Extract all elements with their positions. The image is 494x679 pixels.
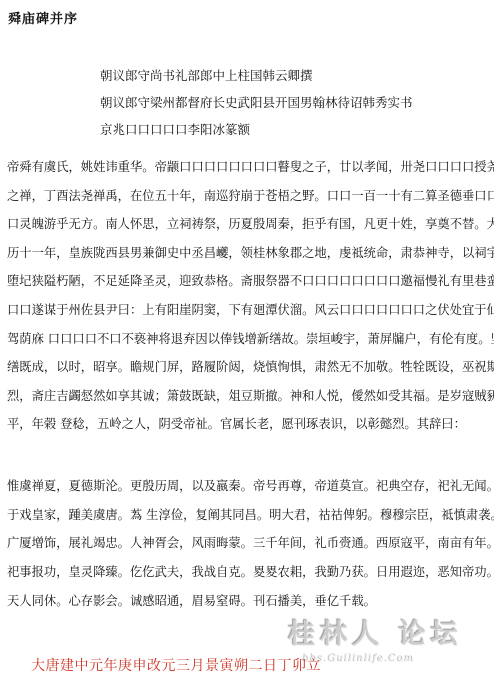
paragraph-line: 缮既成，以时，昭享。瞻规门屏，路履阶闼，烧慎恂惧，肃然无不加敬。牲牷既设，巫祝斯	[7, 353, 489, 382]
paragraph-line: 历十一年，皇族陇西县男兼御史中丞昌巙，领桂林象郡之地，虔祗统命，肃恭神寺，以祠宇	[7, 239, 489, 268]
verse-line: 广厦增饰，展礼竭忠。人神胥会，风雨晦蒙。三千年间，礼币赍通。西原寇平，南亩有年。	[7, 529, 489, 558]
paragraph-line: 堕圮狭隘朽陋，不足延降圣灵，迎致恭格。斋服祭器不口口口口口口口口邀福慢礼有里巷蛮…	[7, 267, 489, 296]
watermark-logo-text: 桂林人 论坛	[288, 619, 462, 650]
watermark-url-text: bbs.Guilinlife.Com	[302, 653, 490, 664]
verse-line: 祀事报功，皇灵降臻。仡仡武夫，我战自克。畟畟农耜，我勤乃获。日用遐迩，恶知帝功。	[7, 558, 489, 587]
paragraph-line: 口灵魄游乎无方。南人怀思，立祠祷祭，历夏殷周秦，拒乎有国，凡更十姓，享奠不替。大	[7, 210, 489, 239]
verse-line: 惟虞禅夏，夏德斯沦。更殷历周，以及嬴秦。帝号再尊，帝道莫宣。祀典空存，祀礼无闻。	[7, 472, 489, 501]
byline-calligrapher: 朝议郎守梁州都督府长史武阳县开国男翰林待诏韩秀实书	[100, 89, 413, 116]
verse-block: 惟虞禅夏，夏德斯沦。更殷历周，以及嬴秦。帝号再尊，帝道莫宣。祀典空存，祀礼无闻。…	[7, 472, 489, 616]
paragraph-line: 口口遂谋于州佐县尹曰：上有阳崖阴窦，下有廻潭伏溜。风云口口口口口口口之伏处宜于仙	[7, 296, 489, 325]
document-page: 舜庙碑并序 朝议郎守尚书礼部郎中上柱国韩云卿撰 朝议郎守梁州都督府长史武阳县开国…	[0, 0, 494, 679]
byline-seal-script: 京兆口口口口口李阳冰篆额	[100, 116, 413, 143]
byline-composer: 朝议郎守尚书礼部郎中上柱国韩云卿撰	[100, 62, 413, 89]
paragraph-line: 之禅，丁酉法尧禅禹，在位五十年，南巡狩崩于苍梧之野。口口一百一十有二算圣德垂口口	[7, 182, 489, 211]
preface-paragraph: 帝舜有虞氏，姚姓讳重华。帝颛口口口口口口口口瞽叟之子，廿以孝闻，卅尧口口口口授尧…	[7, 153, 489, 439]
paragraph-line: 驾荫庥 口口口口不口不亵神将退弃因以俸钱增新缮故。崇垣峻宇，萧屏牖户，有伦有度。…	[7, 325, 489, 354]
verse-line: 于戏皇家，踵美虞唐。蒍 生淳俭，复阐其同昌。明大君，祜祜俾躬。穆穆宗臣，祗慎肃袭…	[7, 501, 489, 530]
document-title: 舜庙碑并序	[8, 8, 78, 27]
paragraph-line: 平，年榖 登稔，五岭之人，阴受帝祉。官属长老，愿刊琢表识，以彰懿烈。其辞曰：	[7, 410, 489, 439]
dating-colophon: 大唐建中元年庚申改元三月景寅朔二日丁卯立	[31, 655, 321, 675]
byline-block: 朝议郎守尚书礼部郎中上柱国韩云卿撰 朝议郎守梁州都督府长史武阳县开国男翰林待诏韩…	[100, 62, 413, 143]
paragraph-line: 烈，斋庄吉蠲惄然如享其诚；箫鼓既缺，俎豆斯撤。神和人悦，僾然如受其福。是岁寇贼豣	[7, 382, 489, 411]
paragraph-line: 帝舜有虞氏，姚姓讳重华。帝颛口口口口口口口口瞽叟之子，廿以孝闻，卅尧口口口口授尧	[7, 153, 489, 182]
